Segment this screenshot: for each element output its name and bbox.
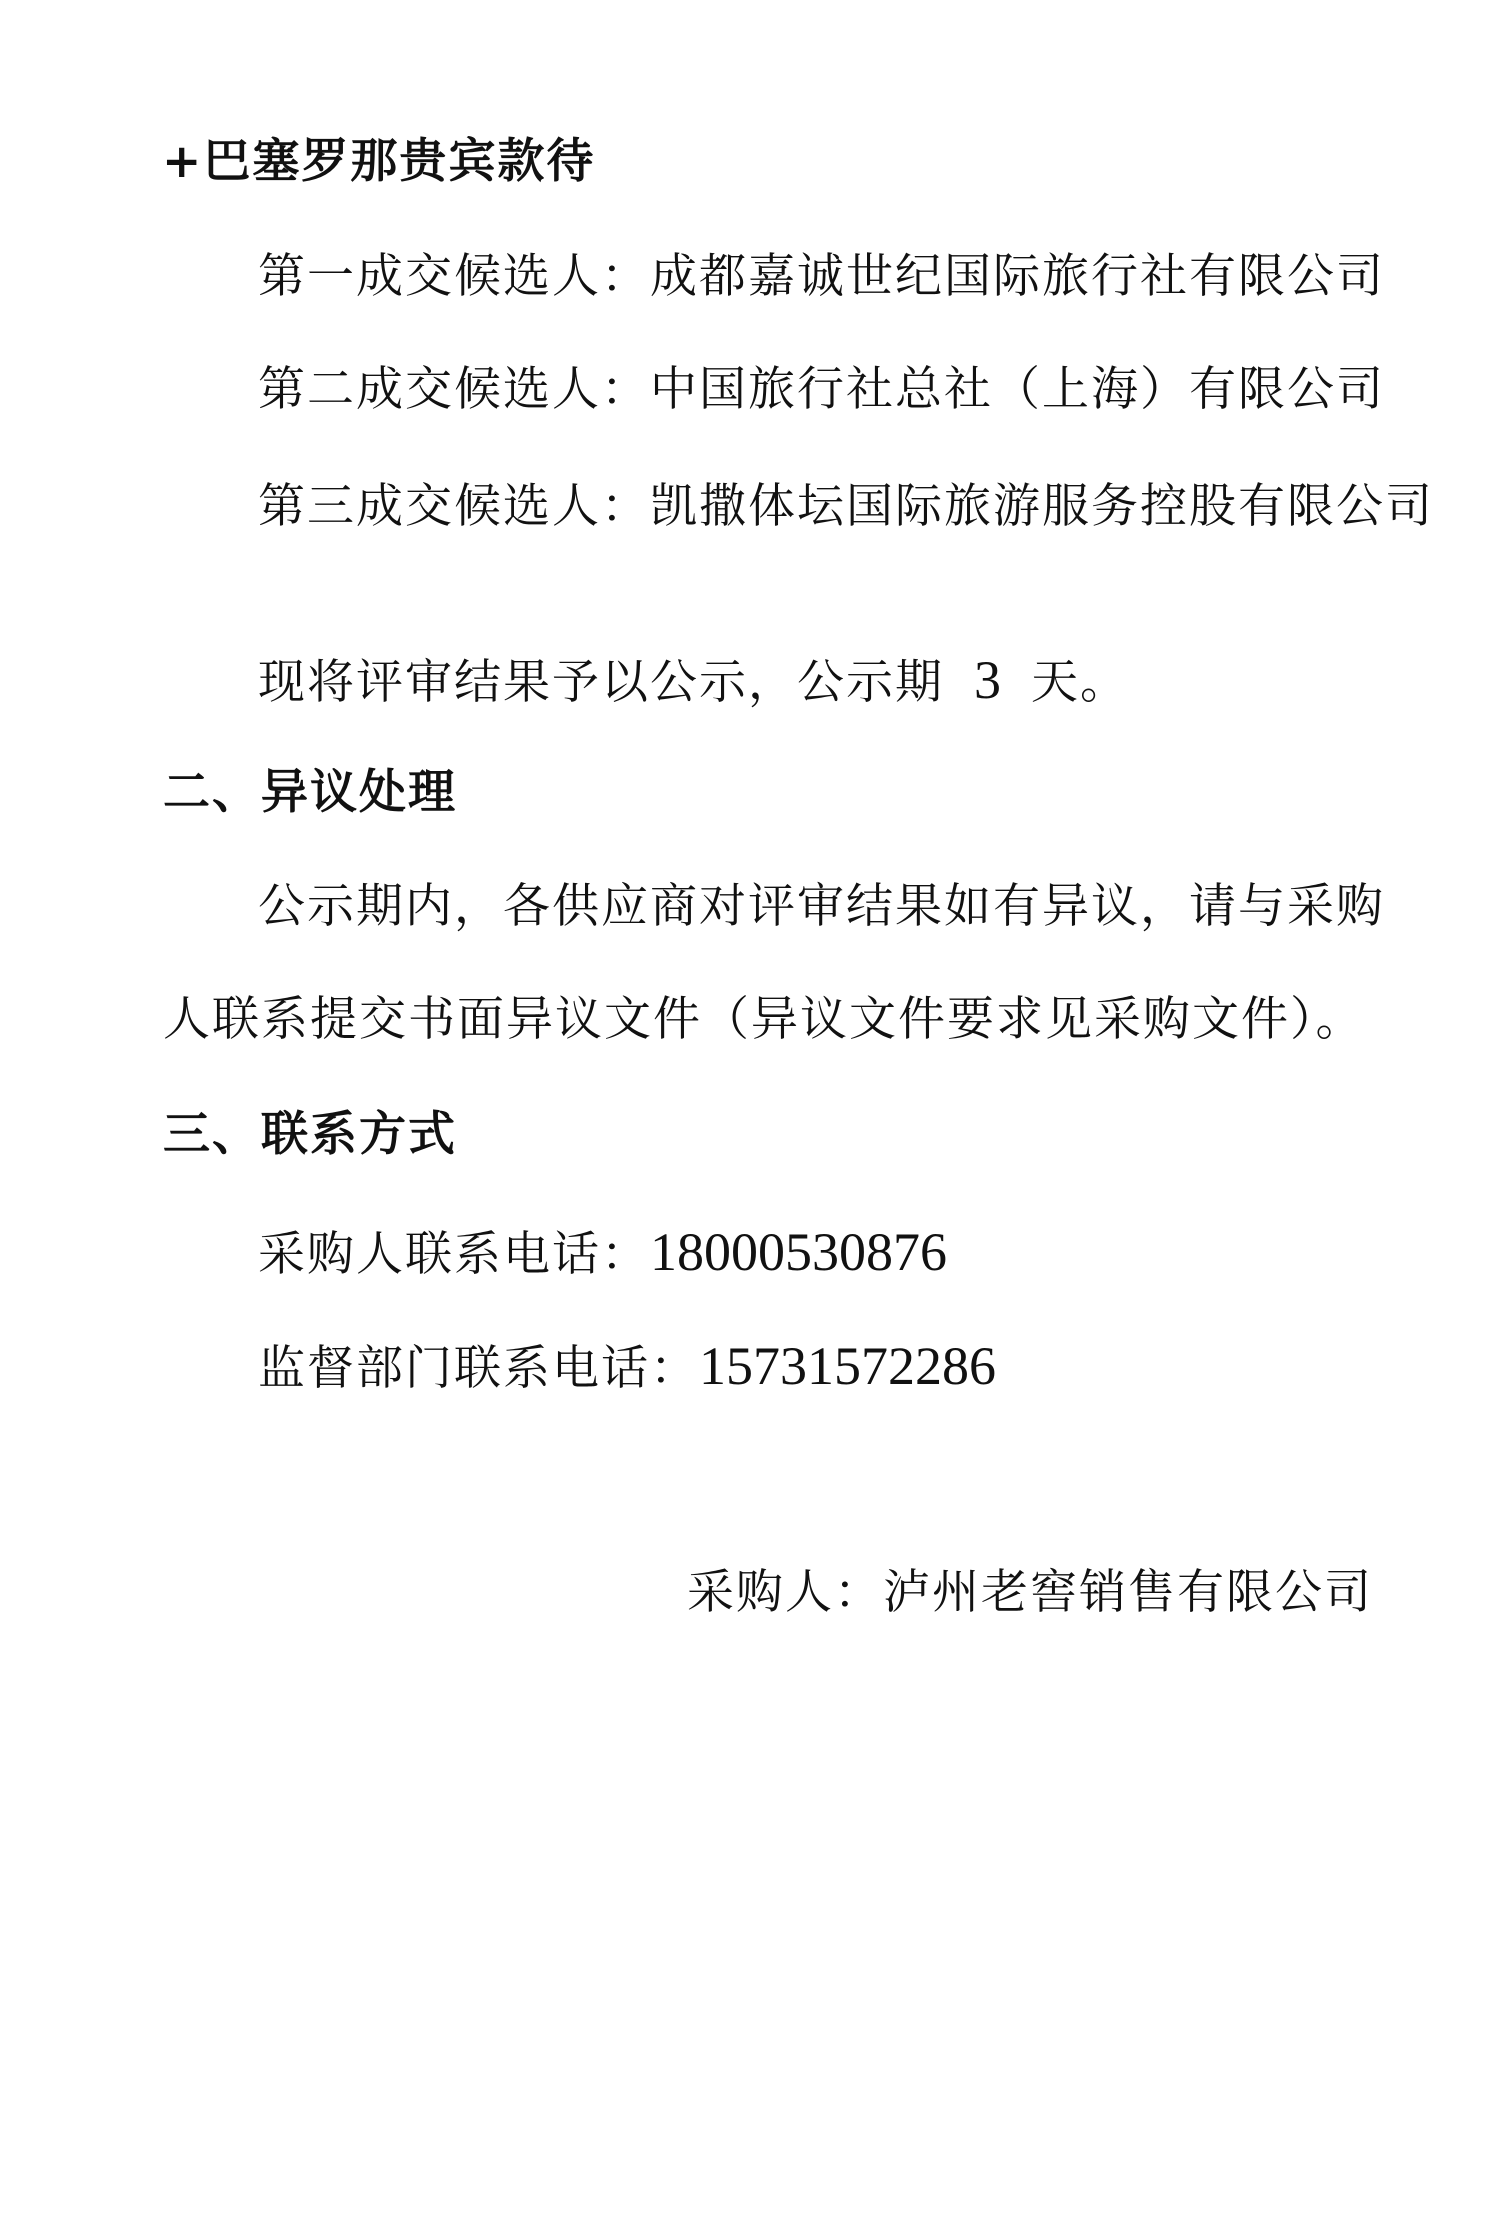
purchaser-phone-line: 采购人联系电话：18000530876 bbox=[258, 1223, 947, 1281]
signature-company: 泸州老窖销售有限公司 bbox=[883, 1565, 1373, 1620]
candidate-first: 第一成交候选人：成都嘉诚世纪国际旅行社有限公司 bbox=[258, 248, 1385, 306]
section-title: +巴塞罗那贵宾款待 bbox=[162, 133, 595, 191]
signature: 采购人：泸州老窖销售有限公司 bbox=[687, 1564, 1373, 1622]
candidate-name: 凯撒体坛国际旅游服务控股有限公司 bbox=[650, 479, 1434, 534]
objection-paragraph-line-2: 人联系提交书面异议文件（异议文件要求见采购文件）。 bbox=[163, 991, 1365, 1049]
candidate-name: 中国旅行社总社（上海）有限公司 bbox=[650, 362, 1385, 417]
candidate-label: 第二成交候选人： bbox=[258, 362, 650, 417]
supervisor-phone: 15731572286 bbox=[699, 1336, 996, 1396]
notice-days: 3 bbox=[974, 650, 1001, 710]
supervisor-phone-line: 监督部门联系电话：15731572286 bbox=[258, 1337, 996, 1395]
signature-label: 采购人： bbox=[687, 1565, 883, 1620]
candidate-second: 第二成交候选人：中国旅行社总社（上海）有限公司 bbox=[258, 361, 1385, 419]
publicity-notice: 现将评审结果予以公示，公示期3天。 bbox=[258, 651, 1129, 709]
document-page: +巴塞罗那贵宾款待 第一成交候选人：成都嘉诚世纪国际旅行社有限公司 第二成交候选… bbox=[0, 0, 1500, 2240]
notice-prefix: 现将评审结果予以公示，公示期 bbox=[258, 655, 944, 710]
purchaser-phone: 18000530876 bbox=[650, 1222, 947, 1282]
candidate-third: 第三成交候选人：凯撒体坛国际旅游服务控股有限公司 bbox=[258, 478, 1434, 536]
candidate-label: 第三成交候选人： bbox=[258, 479, 650, 534]
objection-paragraph-line-1: 公示期内，各供应商对评审结果如有异议，请与采购 bbox=[258, 878, 1385, 936]
supervisor-phone-label: 监督部门联系电话： bbox=[258, 1341, 699, 1396]
notice-suffix: 天。 bbox=[1031, 655, 1129, 710]
candidate-name: 成都嘉诚世纪国际旅行社有限公司 bbox=[650, 249, 1385, 304]
purchaser-phone-label: 采购人联系电话： bbox=[258, 1227, 650, 1282]
contact-heading: 三、联系方式 bbox=[163, 1106, 457, 1164]
objection-heading: 二、异议处理 bbox=[163, 764, 457, 822]
candidate-label: 第一成交候选人： bbox=[258, 249, 650, 304]
